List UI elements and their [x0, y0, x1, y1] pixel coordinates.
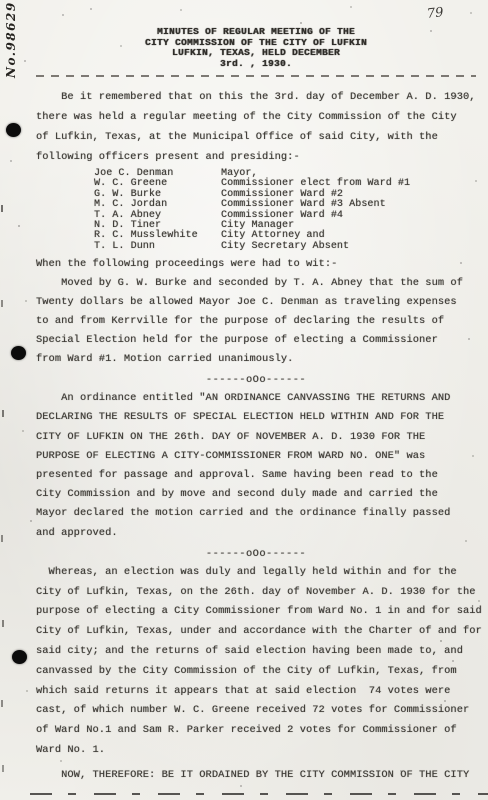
- paragraph-line: of Ward No.1 and Sam R. Parker received …: [36, 721, 476, 741]
- header-line-4: 3rd. , 1930.: [36, 59, 476, 70]
- page-bottom-edge-line: [30, 793, 488, 796]
- paragraph-line: Special Election held for the purpose of…: [36, 331, 476, 350]
- paragraph-line: Twenty dollars be allowed Mayor Joe C. D…: [36, 293, 476, 312]
- officer-name: T. L. Dunn: [94, 242, 221, 252]
- paragraph-line: purpose of electing a City Commissioner …: [36, 602, 476, 622]
- section-separator-ooo: ------oOo------: [36, 545, 476, 563]
- document-content: MINUTES OF REGULAR MEETING OF THE CITY C…: [36, 27, 476, 785]
- paragraph-line: said city; and the returns of said elect…: [36, 642, 476, 662]
- paragraph-line: Be it remembered that on this the 3rd. d…: [36, 87, 476, 107]
- paragraph-line: following officers present and presiding…: [36, 147, 476, 167]
- ordinance-paragraph: An ordinance entitled "AN ORDINANCE CANV…: [36, 389, 476, 543]
- paragraph-line: Mayor declared the motion carried and th…: [36, 504, 476, 523]
- election-results-paragraph: Whereas, an election was duly and legall…: [36, 563, 476, 761]
- scan-noise-speckles: [0, 0, 2, 2]
- paragraph-line: CITY OF LUFKIN ON THE 26th. DAY OF NOVEM…: [36, 428, 476, 447]
- paragraph-line: DECLARING THE RESULTS OF SPECIAL ELECTIO…: [36, 408, 476, 427]
- officer-title: City Secretary Absent: [221, 242, 349, 252]
- punch-hole-top: [6, 123, 21, 137]
- paragraph-line: City of Lufkin, Texas, on the 26th. day …: [36, 583, 476, 603]
- paragraph-line: PURPOSE OF ELECTING A CITY-COMMISSIONER …: [36, 447, 476, 466]
- header-line-1: MINUTES OF REGULAR MEETING OF THE: [36, 27, 476, 38]
- margin-handwritten-number: No.98629: [4, 1, 18, 78]
- paragraph-line: there was held a regular meeting of the …: [36, 107, 476, 127]
- punch-hole-middle: [11, 346, 26, 360]
- paragraph-line: Moved by G. W. Burke and seconded by T. …: [36, 274, 476, 293]
- opening-paragraph: Be it remembered that on this the 3rd. d…: [36, 87, 476, 167]
- paragraph-line: Whereas, an election was duly and legall…: [36, 563, 476, 583]
- paragraph-line: to and from Kerrville for the purpose of…: [36, 312, 476, 331]
- page-number: 79: [427, 5, 445, 22]
- scanned-minutes-page: No.98629 79 MINUTES OF REGULAR MEETING O…: [0, 0, 488, 800]
- punch-hole-bottom: [12, 650, 27, 664]
- paragraph-line: presented for passage and approval. Same…: [36, 466, 476, 485]
- header-line-3: LUFKIN, TEXAS, HELD DECEMBER: [36, 48, 476, 59]
- paragraph-line: An ordinance entitled "AN ORDINANCE CANV…: [36, 389, 476, 408]
- left-edge-scan-marks: [1, 205, 3, 212]
- paragraph-line: from Ward #1. Motion carried unanimously…: [36, 350, 476, 369]
- paragraph-line: of Lufkin, Texas, at the Municipal Offic…: [36, 127, 476, 147]
- closing-ordained-line: NOW, THEREFORE: BE IT ORDAINED BY THE CI…: [36, 765, 476, 785]
- minutes-header: MINUTES OF REGULAR MEETING OF THE CITY C…: [36, 27, 476, 69]
- paragraph-line: City of Lufkin, Texas, under and accorda…: [36, 622, 476, 642]
- officers-list: Joe C. Denman Mayor, W. C. Greene Commis…: [94, 169, 476, 252]
- proceedings-intro-line: When the following proceedings were had …: [36, 254, 476, 274]
- paragraph-line: Ward No. 1.: [36, 741, 476, 761]
- paragraph-line: and approved.: [36, 524, 476, 543]
- motion-paragraph: Moved by G. W. Burke and seconded by T. …: [36, 274, 476, 369]
- section-separator-ooo: ------oOo------: [36, 371, 476, 389]
- officer-row: T. L. Dunn City Secretary Absent: [94, 242, 476, 252]
- paragraph-line: which said returns it appears that at sa…: [36, 682, 476, 702]
- paragraph-line: canvassed by the City Commission of the …: [36, 662, 476, 682]
- paragraph-line: City Commission and by move and second d…: [36, 485, 476, 504]
- header-divider-dashed-line: [36, 75, 476, 77]
- paragraph-line: cast, of which number W. C. Greene recei…: [36, 701, 476, 721]
